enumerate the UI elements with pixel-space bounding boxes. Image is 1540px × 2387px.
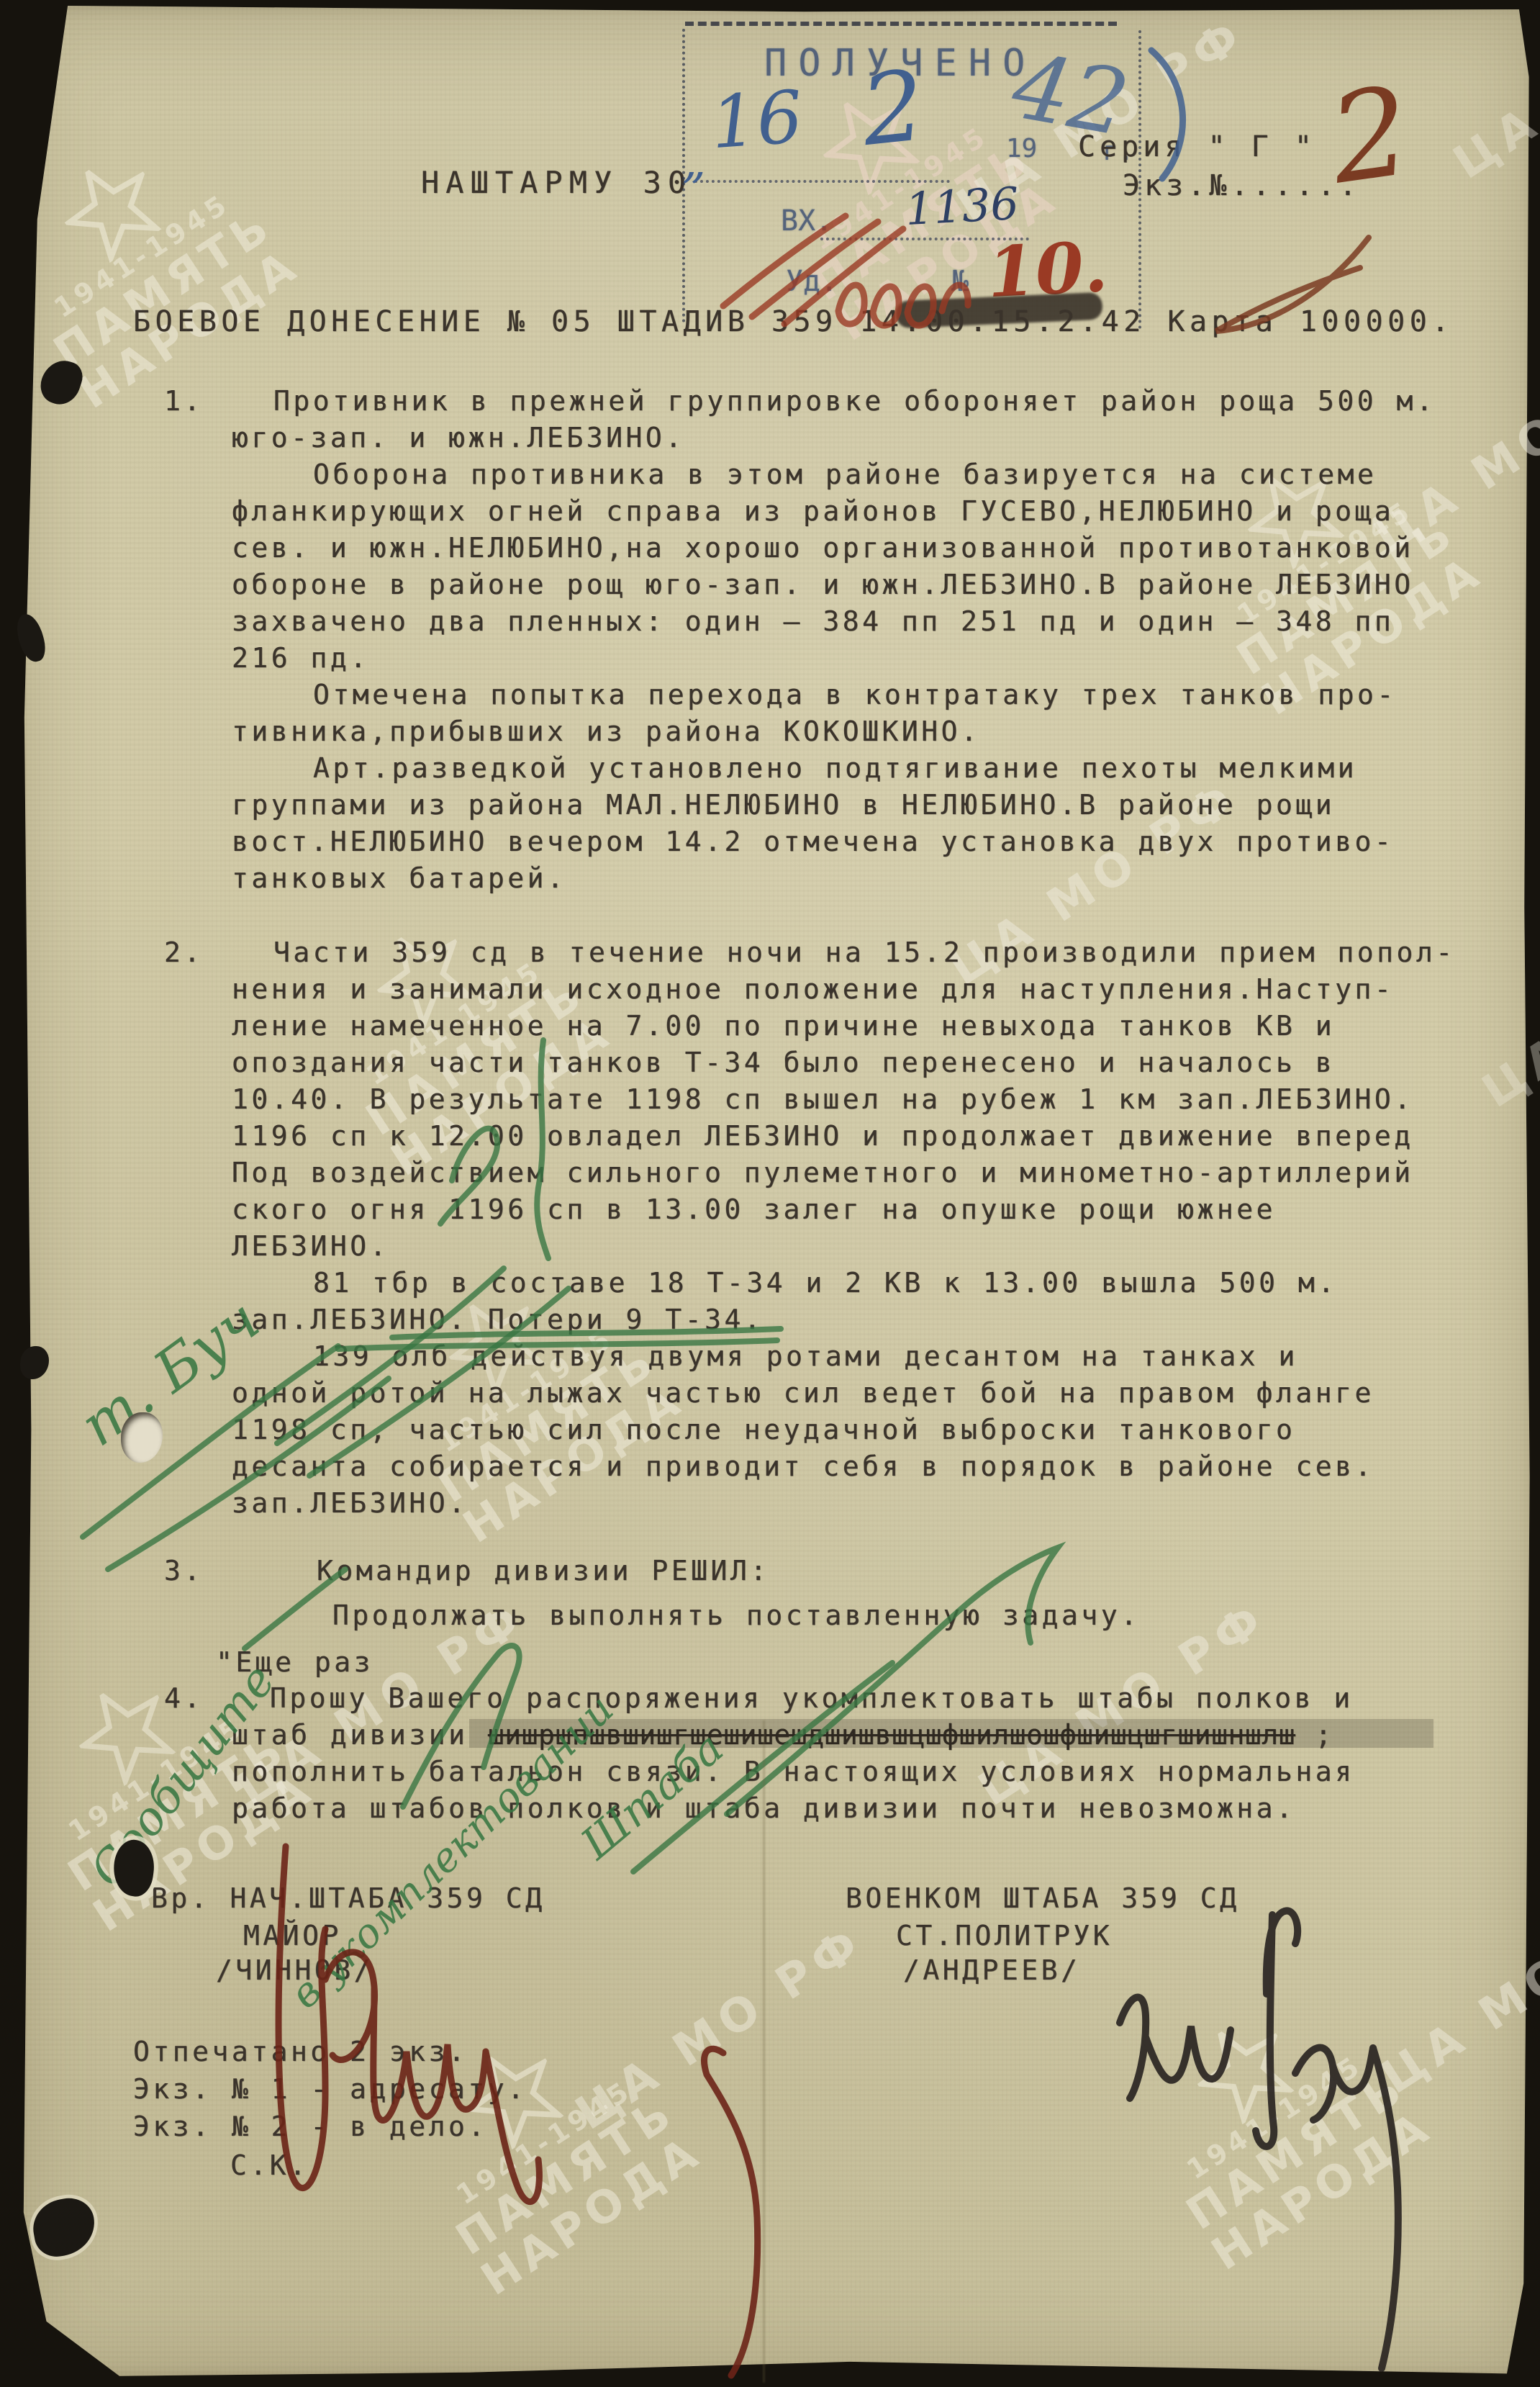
typed-line: фланкирующих огней справа из районов ГУС…	[232, 495, 1394, 527]
footer-line: Экз. № 1 - адресату.	[133, 2073, 527, 2105]
typed-line: захвачено два пленных: один – 384 пп 251…	[232, 605, 1394, 637]
recipient-line: НАШТАРМУ 30	[421, 167, 692, 199]
document-paper	[13, 6, 1534, 2378]
typed-line: Прошу Вашего распоряжения укомплектовать…	[270, 1682, 1354, 1714]
typed-line: группами из района МАЛ.НЕЛЮБИНО в НЕЛЮБИ…	[232, 789, 1335, 821]
typed-line: 1198 сп, частью сил после неудачной выбр…	[232, 1414, 1295, 1445]
typed-line: Части 359 сд в течение ночи на 15.2 прои…	[273, 937, 1456, 968]
typed-line: одной ротой на лыжах частью сил ведет бо…	[232, 1377, 1374, 1409]
handwritten-day: 16	[708, 75, 805, 166]
typed-line: юго-зап. и южн.ЛЕБЗИНО.	[232, 422, 685, 454]
typed-line: зап.ЛЕБЗИНО. Потери 9 Т-34.	[232, 1304, 764, 1335]
typed-line: Арт.разведкой установлено подтягивание п…	[313, 752, 1357, 784]
typed-line: Отмечена попытка перехода в контратаку т…	[313, 679, 1397, 710]
handwritten-month: 2	[856, 49, 930, 168]
document-title: БОЕВОЕ ДОНЕСЕНИЕ № 05 ШТАДИВ 359 14.00.1…	[133, 306, 1454, 338]
signature-title-right: ВОЕНКОМ ШТАБА 359 СД	[846, 1882, 1240, 1914]
typed-text: ;	[1295, 1719, 1335, 1751]
typed-line: 216 пд.	[232, 642, 370, 674]
typed-line: нения и занимали исходное положение для …	[232, 973, 1394, 1005]
handwritten-incoming-number: 1136	[904, 177, 1020, 235]
typed-line: сев. и южн.НЕЛЮБИНО,на хорошо организова…	[232, 532, 1414, 564]
typed-line: ление намеченное на 7.00 по причине невы…	[232, 1010, 1335, 1042]
typed-line: пополнить батальон связи. В настоящих ус…	[232, 1756, 1355, 1787]
typed-line: Командир дивизии РЕШИЛ:	[317, 1555, 770, 1587]
footer-line: С.К.	[230, 2149, 309, 2181]
typed-line: танковых батарей.	[232, 862, 566, 894]
paragraph-number: 2.	[164, 937, 204, 968]
signature-title-left: Вр. НАЧ.ШТАБА 359 СД	[151, 1882, 545, 1914]
typed-line: 139 олб действуя двумя ротами десантом н…	[313, 1340, 1298, 1372]
typed-line: Продолжать выполнять поставленную задачу…	[332, 1599, 1141, 1631]
typed-line: тивника,прибывших из района КОКОШКИНО.	[232, 716, 980, 747]
series-line: Серия " Г "	[1078, 131, 1316, 163]
paragraph-number: 1.	[164, 385, 204, 417]
typed-line: зап.ЛЕБЗИНО.	[232, 1487, 468, 1519]
typed-line: Оборона противника в этом районе базируе…	[313, 459, 1377, 490]
stamp-ud-label: Уд.	[786, 265, 838, 298]
stamp-incoming-label: ВХ.	[781, 204, 833, 238]
paragraph-number: 3.	[164, 1555, 204, 1587]
footer-line: Отпечатано 2 экз.	[133, 2036, 468, 2067]
typed-line: 10.40. В результате 1198 сп вышел на руб…	[232, 1083, 1414, 1115]
typed-line: 81 тбр в составе 18 Т-34 и 2 КВ к 13.00 …	[313, 1267, 1338, 1299]
signature-rank-right: СТ.ПОЛИТРУК	[896, 1920, 1113, 1951]
signature-name-right: /АНДРЕЕВ/	[903, 1954, 1080, 1986]
stamp-number-sign: №	[951, 265, 969, 298]
typed-line: десанта собирается и приводит себя в пор…	[232, 1450, 1374, 1482]
typed-line: Под воздействием сильного пулеметного и …	[232, 1157, 1414, 1188]
typed-line: ЛЕБЗИНО.	[232, 1230, 389, 1262]
typed-line-with-strike: штаб дивизии шишршпшвшишгшешишешдшишвшцш…	[232, 1719, 1335, 1751]
stamp-border	[685, 22, 1117, 26]
typed-text: штаб дивизии	[232, 1719, 488, 1751]
paragraph-number: 4.	[164, 1682, 204, 1714]
typed-line: опоздания части танков Т-34 было перенес…	[232, 1047, 1335, 1078]
footer-line: Экз. № 2 - в дело.	[133, 2111, 488, 2142]
typed-line: 1196 сп к 12.00 овладел ЛЕБЗИНО и продол…	[232, 1120, 1414, 1152]
typed-line: ского огня 1196 сп в 13.00 залег на опуш…	[232, 1193, 1276, 1225]
handwritten-quote: „	[682, 135, 706, 189]
typed-line: обороне в районе рощ юго-зап. и южн.ЛЕБЗ…	[232, 569, 1414, 600]
paper-crease	[763, 1720, 765, 2383]
typed-line: вост.НЕЛЮБИНО вечером 14.2 отмечена уста…	[232, 826, 1394, 857]
scanned-document-page: 1941-1945 ПАМЯТЬ НАРОДА 1941-1945 ПАМЯТЬ…	[0, 0, 1540, 2387]
copy-number-label: Экз.№......	[1123, 170, 1361, 202]
typed-line: Противник в прежней группировке обороняе…	[273, 385, 1436, 417]
